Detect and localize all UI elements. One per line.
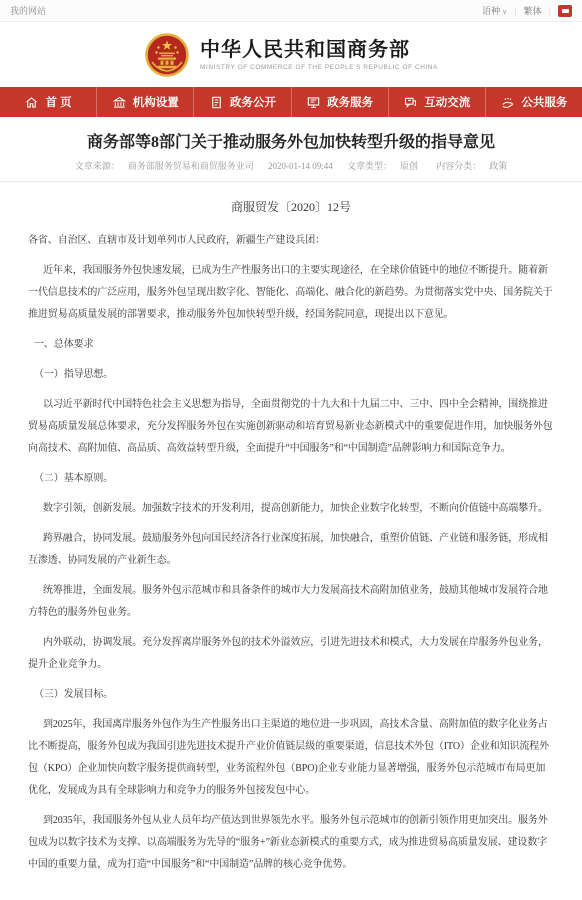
meta-category: 内容分类：政策 [432,161,511,171]
paragraph: 统筹推进，全面发展。服务外包示范城市和具备条件的城市大力发展高技术高附加值业务，… [28,580,554,624]
paragraph: （一）指导思想。 [28,364,554,386]
paragraph: 跨界融合，协同发展。鼓励服务外包向国民经济各行业深度拓展，加快融合，重塑价值链、… [28,528,554,572]
paragraph: （三）发展目标。 [28,684,554,706]
nav-item-public-disclosure[interactable]: 政务公开 [193,87,290,117]
article: 商务部等8部门关于推动服务外包加快转型升级的指导意见 文章来源：商务部服务贸易和… [0,117,582,876]
paragraph: （二）基本原则。 [28,468,554,490]
ministry-title: 中华人民共和国商务部 [200,39,438,61]
nav-item-organization[interactable]: 机构设置 [96,87,193,117]
national-emblem [144,32,190,78]
document-icon [209,95,224,110]
paragraph: 各省、自治区、直辖市及计划单列市人民政府，新疆生产建设兵团： [28,230,554,252]
language-dropdown[interactable]: 语种∨ [482,4,507,17]
site-label: 我的网站 [10,4,46,17]
chevron-down-icon: ∨ [502,9,507,16]
monitor-icon [306,95,321,110]
nav-item-public-services[interactable]: 公共服务 [485,87,582,117]
government-building-icon [112,95,127,110]
article-title: 商务部等8部门关于推动服务外包加快转型升级的指导意见 [28,131,554,155]
nav-item-gov-services[interactable]: 政务服务 [291,87,388,117]
paragraph: 一、总体要求 [28,334,554,356]
meta-type: 文章类型：原创 [343,161,422,171]
page: 我的网站 语种∨ | 繁体 | [0,0,582,900]
top-utility-bar: 我的网站 语种∨ | 繁体 | [0,0,582,22]
home-icon [24,95,39,110]
divider: | [549,6,551,16]
paragraph: 内外联动，协调发展。充分发挥离岸服务外包的技术外溢效应，引进先进技术和模式，大力… [28,632,554,676]
article-meta: 文章来源：商务部服务贸易和商贸服务业司 2020-01-14 09:44 文章类… [28,161,554,172]
red-app-icon[interactable] [558,5,572,17]
meta-source: 文章来源：商务部服务贸易和商贸服务业司 [71,161,258,171]
traditional-chinese-toggle[interactable]: 繁体 [524,4,542,17]
paragraph: 以习近平新时代中国特色社会主义思想为指导，全面贯彻党的十九大和十九届二中、三中、… [28,394,554,460]
paragraph: 数字引领，创新发展。加强数字技术的开发利用，提高创新能力，加快企业数字化转型，不… [28,498,554,520]
paragraph: 到2035年，我国服务外包从业人员年均产值达到世界领先水平。服务外包示范城市的创… [28,810,554,876]
service-hand-icon [500,95,515,110]
chat-bubbles-icon [403,95,418,110]
document-number: 商服贸发〔2020〕12号 [28,198,554,216]
paragraph: 近年来，我国服务外包快速发展，已成为生产性服务出口的主要实现途径，在全球价值链中… [28,260,554,326]
ministry-title-en: MINISTRY OF COMMERCE OF THE PEOPLE'S REP… [200,64,438,71]
masthead: 中华人民共和国商务部 MINISTRY OF COMMERCE OF THE P… [0,22,582,87]
meta-datetime: 2020-01-14 09:44 [268,161,333,171]
nav-item-home[interactable]: 首 页 [0,87,96,117]
article-body: 各省、自治区、直辖市及计划单列市人民政府，新疆生产建设兵团：近年来，我国服务外包… [28,230,554,876]
nav-item-interaction[interactable]: 互动交流 [388,87,485,117]
main-nav: 首 页 机构设置 政务公开 政务服务 [0,87,582,117]
divider: | [514,6,516,16]
divider [0,181,582,182]
paragraph: 到2025年，我国离岸服务外包作为生产性服务出口主渠道的地位进一步巩固，高技术含… [28,714,554,802]
